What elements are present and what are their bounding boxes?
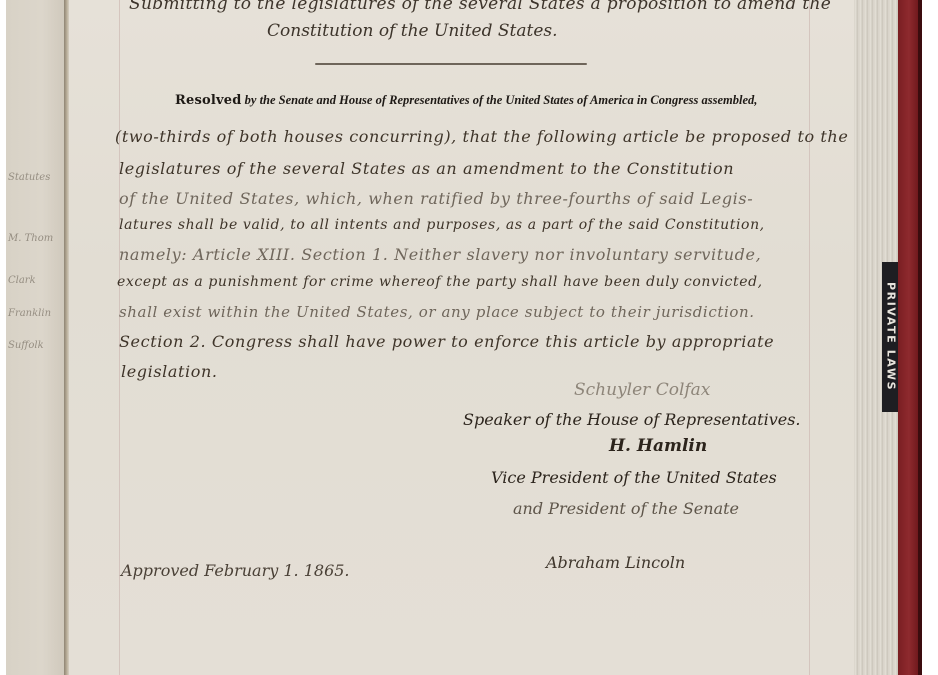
president-signature: Abraham Lincoln	[546, 553, 685, 572]
vp-title-line-1: Vice President of the United States	[491, 468, 777, 487]
left-page-note: Franklin	[8, 308, 51, 319]
speaker-title: Speaker of the House of Representatives.	[463, 410, 801, 429]
body-line: latures shall be valid, to all intents a…	[119, 217, 765, 233]
approval-date: Approved February 1. 1865.	[121, 561, 350, 580]
enacting-clause: Resolved by the Senate and House of Repr…	[175, 93, 757, 108]
enacting-clause-text: by the Senate and House of Representativ…	[245, 93, 758, 107]
body-line: namely: Article XIII. Section 1. Neither…	[119, 245, 761, 264]
margin-rule	[809, 0, 810, 675]
body-line: shall exist within the United States, or…	[119, 303, 755, 321]
body-line: of the United States, which, when ratifi…	[119, 189, 753, 208]
book-cover	[898, 0, 920, 675]
speaker-signature: Schuyler Colfax	[574, 380, 710, 400]
left-page-note: Clark	[8, 275, 36, 286]
document-title-line-2: Constitution of the United States.	[267, 21, 558, 41]
body-line: Section 2. Congress shall have power to …	[119, 332, 774, 351]
left-page-note: Suffolk	[8, 340, 44, 351]
body-line: legislation.	[121, 362, 218, 381]
left-page-note: M. Thom	[8, 233, 53, 244]
title-divider	[315, 63, 587, 65]
body-line: except as a punishment for crime whereof…	[117, 274, 763, 290]
document-title-line-1: Submitting to the legislatures of the se…	[129, 0, 831, 14]
body-line: legislatures of the several States as an…	[119, 159, 734, 178]
vp-title-line-2: and President of the Senate	[513, 499, 739, 518]
enacting-clause-lead: Resolved	[175, 93, 242, 108]
left-page-note: Statutes	[8, 172, 50, 183]
body-line: (two-thirds of both houses concurring), …	[115, 127, 848, 146]
vp-signature: H. Hamlin	[609, 436, 707, 456]
book-spread: Statutes M. Thom Clark Franklin Suffolk …	[0, 0, 938, 675]
section-tab-label: PRIVATE LAWS	[885, 282, 898, 391]
document-page: Submitting to the legislatures of the se…	[69, 0, 854, 675]
cover-edge-shadow	[918, 0, 922, 675]
left-facing-page: Statutes M. Thom Clark Franklin Suffolk	[6, 0, 66, 675]
